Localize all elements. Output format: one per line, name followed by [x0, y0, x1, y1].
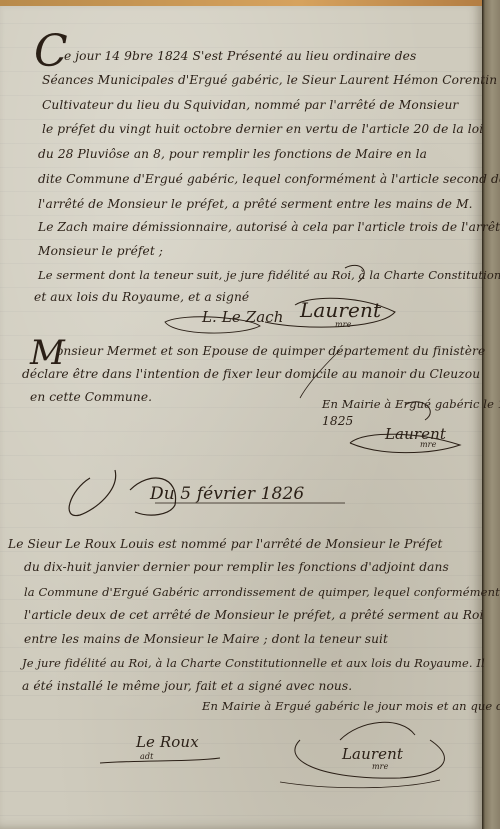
signature-flourish	[0, 0, 500, 829]
